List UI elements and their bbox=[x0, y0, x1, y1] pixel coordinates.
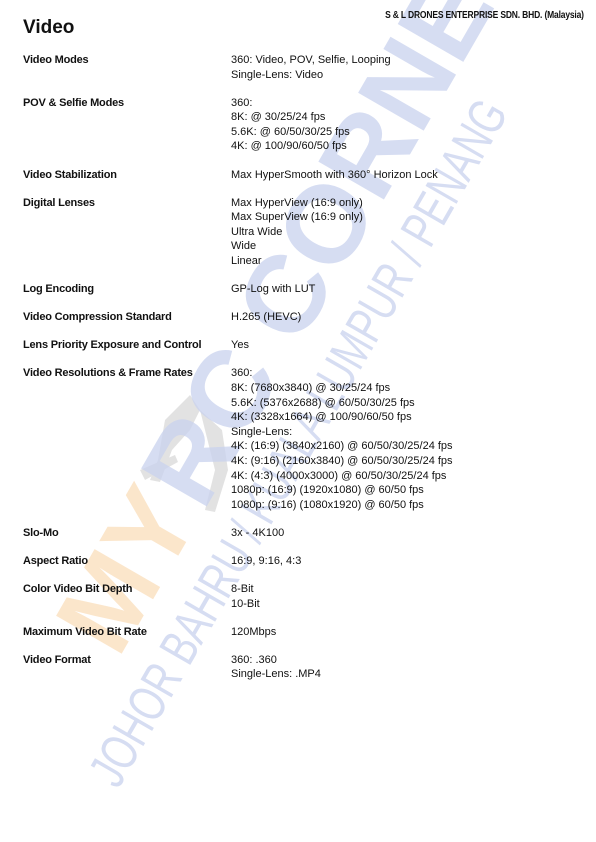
spec-row: Color Video Bit Depth8-Bit10-Bit bbox=[23, 582, 583, 611]
spec-value: 4K: (3328x1664) @ 100/90/60/50 fps bbox=[231, 410, 583, 425]
spec-row: Video Format360: .360Single-Lens: .MP4 bbox=[23, 653, 583, 682]
spec-label: Video Stabilization bbox=[23, 168, 231, 183]
spec-value: 4K: @ 100/90/60/50 fps bbox=[231, 139, 583, 154]
spec-label: Log Encoding bbox=[23, 282, 231, 297]
spec-values: 8-Bit10-Bit bbox=[231, 582, 583, 611]
spec-row: Digital LensesMax HyperView (16:9 only)M… bbox=[23, 196, 583, 269]
spec-label: Maximum Video Bit Rate bbox=[23, 625, 231, 640]
spec-row: Lens Priority Exposure and ControlYes bbox=[23, 338, 583, 353]
spec-value: 360: bbox=[231, 366, 583, 381]
spec-value: 4K: (9:16) (2160x3840) @ 60/50/30/25/24 … bbox=[231, 454, 583, 469]
spec-label: Aspect Ratio bbox=[23, 554, 231, 569]
spec-value: Max HyperView (16:9 only) bbox=[231, 196, 583, 211]
spec-value: 1080p: (9:16) (1080x1920) @ 60/50 fps bbox=[231, 498, 583, 513]
spec-row: Video StabilizationMax HyperSmooth with … bbox=[23, 168, 583, 183]
spec-values: 360: .360Single-Lens: .MP4 bbox=[231, 653, 583, 682]
spec-value: Yes bbox=[231, 338, 583, 353]
spec-values: Max HyperSmooth with 360° Horizon Lock bbox=[231, 168, 583, 183]
spec-values: 3x - 4K100 bbox=[231, 526, 583, 541]
spec-value: 3x - 4K100 bbox=[231, 526, 583, 541]
spec-label: Lens Priority Exposure and Control bbox=[23, 338, 231, 353]
spec-label: Color Video Bit Depth bbox=[23, 582, 231, 611]
spec-values: 360:8K: (7680x3840) @ 30/25/24 fps5.6K: … bbox=[231, 366, 583, 512]
spec-value: 16:9, 9:16, 4:3 bbox=[231, 554, 583, 569]
spec-value: 5.6K: @ 60/50/30/25 fps bbox=[231, 125, 583, 140]
spec-value: Wide bbox=[231, 239, 583, 254]
spec-value: 4K: (4:3) (4000x3000) @ 60/50/30/25/24 f… bbox=[231, 469, 583, 484]
spec-values: 360: Video, POV, Selfie, LoopingSingle-L… bbox=[231, 53, 583, 82]
spec-value: 10-Bit bbox=[231, 597, 583, 612]
spec-value: 360: bbox=[231, 96, 583, 111]
spec-values: Yes bbox=[231, 338, 583, 353]
spec-value: 4K: (16:9) (3840x2160) @ 60/50/30/25/24 … bbox=[231, 439, 583, 454]
spec-row: Log EncodingGP-Log with LUT bbox=[23, 282, 583, 297]
spec-table: Video Modes360: Video, POV, Selfie, Loop… bbox=[23, 53, 583, 696]
spec-value: 120Mbps bbox=[231, 625, 583, 640]
spec-value: Single-Lens: Video bbox=[231, 68, 583, 83]
spec-label: Video Resolutions & Frame Rates bbox=[23, 366, 231, 512]
spec-value: H.265 (HEVC) bbox=[231, 310, 583, 325]
spec-row: Video Resolutions & Frame Rates360:8K: (… bbox=[23, 366, 583, 512]
spec-label: Slo-Mo bbox=[23, 526, 231, 541]
spec-value: 1080p: (16:9) (1920x1080) @ 60/50 fps bbox=[231, 483, 583, 498]
spec-values: 360:8K: @ 30/25/24 fps5.6K: @ 60/50/30/2… bbox=[231, 96, 583, 154]
spec-value: Max HyperSmooth with 360° Horizon Lock bbox=[231, 168, 583, 183]
spec-row: POV & Selfie Modes360:8K: @ 30/25/24 fps… bbox=[23, 96, 583, 154]
spec-value: 8-Bit bbox=[231, 582, 583, 597]
spec-values: 16:9, 9:16, 4:3 bbox=[231, 554, 583, 569]
spec-values: Max HyperView (16:9 only)Max SuperView (… bbox=[231, 196, 583, 269]
spec-row: Video Compression StandardH.265 (HEVC) bbox=[23, 310, 583, 325]
spec-value: 8K: (7680x3840) @ 30/25/24 fps bbox=[231, 381, 583, 396]
spec-value: Ultra Wide bbox=[231, 225, 583, 240]
spec-value: Single-Lens: .MP4 bbox=[231, 667, 583, 682]
spec-value: 8K: @ 30/25/24 fps bbox=[231, 110, 583, 125]
spec-label: Video Format bbox=[23, 653, 231, 682]
spec-values: GP-Log with LUT bbox=[231, 282, 583, 297]
spec-row: Maximum Video Bit Rate120Mbps bbox=[23, 625, 583, 640]
spec-value: Linear bbox=[231, 254, 583, 269]
spec-label: Digital Lenses bbox=[23, 196, 231, 269]
spec-row: Video Modes360: Video, POV, Selfie, Loop… bbox=[23, 53, 583, 82]
spec-value: Max SuperView (16:9 only) bbox=[231, 210, 583, 225]
spec-value: 360: Video, POV, Selfie, Looping bbox=[231, 53, 583, 68]
spec-values: H.265 (HEVC) bbox=[231, 310, 583, 325]
spec-value: 360: .360 bbox=[231, 653, 583, 668]
spec-row: Slo-Mo3x - 4K100 bbox=[23, 526, 583, 541]
company-name: S & L DRONES ENTERPRISE SDN. BHD. (Malay… bbox=[385, 10, 584, 21]
spec-label: Video Compression Standard bbox=[23, 310, 231, 325]
spec-value: GP-Log with LUT bbox=[231, 282, 583, 297]
spec-value: Single-Lens: bbox=[231, 425, 583, 440]
spec-label: POV & Selfie Modes bbox=[23, 96, 231, 154]
spec-value: 5.6K: (5376x2688) @ 60/50/30/25 fps bbox=[231, 396, 583, 411]
spec-row: Aspect Ratio16:9, 9:16, 4:3 bbox=[23, 554, 583, 569]
spec-label: Video Modes bbox=[23, 53, 231, 82]
spec-values: 120Mbps bbox=[231, 625, 583, 640]
page-title: Video bbox=[23, 17, 74, 39]
